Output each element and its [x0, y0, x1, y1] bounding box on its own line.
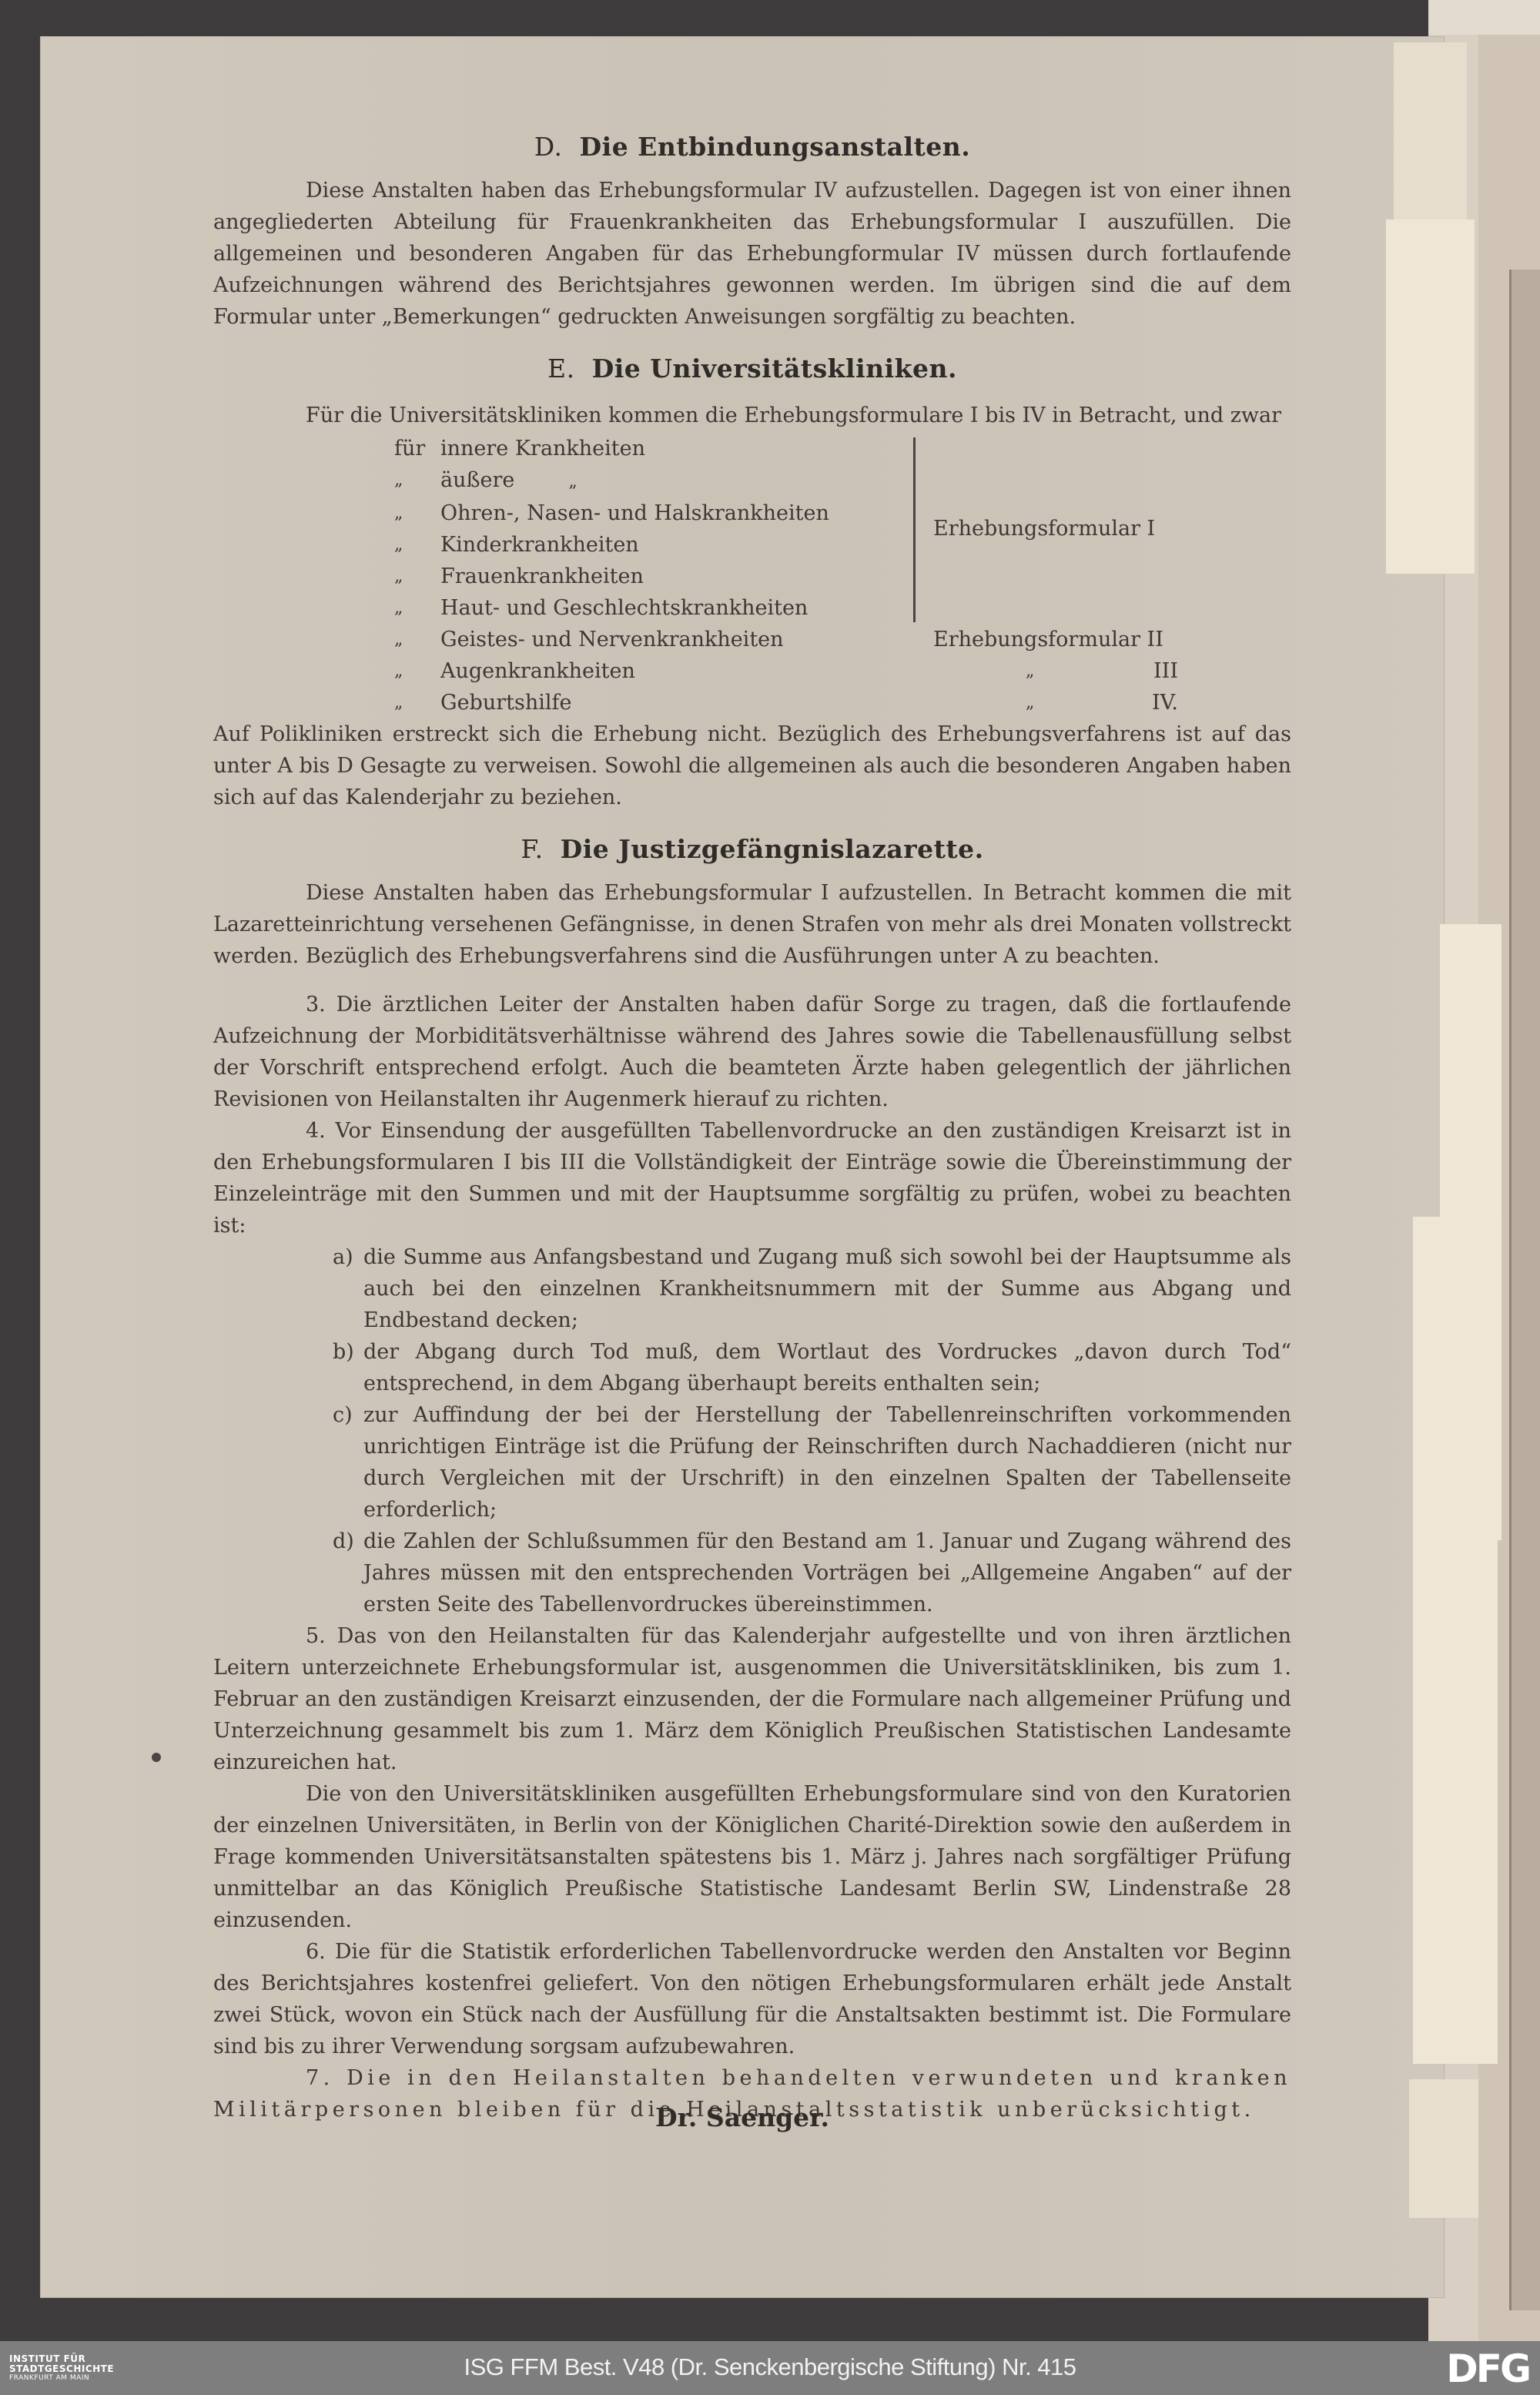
sub-item-d: d) die Zahlen der Schlußsummen für den B…	[333, 1526, 1291, 1620]
sub-item-b: b) der Abgang durch Tod muß, dem Wortlau…	[333, 1336, 1291, 1399]
clinic-type: Geburtshilfe	[440, 687, 902, 718]
clinic-type: Kinderkrankheiten	[440, 529, 902, 561]
section-title: Die Entbindungsanstalten.	[580, 132, 971, 162]
formular-label: Erhebungsformular II	[933, 624, 1195, 655]
paper-tape-strip	[1394, 42, 1467, 219]
clinic-type: Haut- und Geschlechtskrankheiten	[440, 592, 902, 624]
section-f-heading: F.Die Justizgefängnislazarette.	[213, 833, 1291, 865]
clinic-type: Augenkrankheiten	[440, 655, 902, 687]
paper-tape-strip	[1386, 219, 1475, 574]
formular-group: Erhebungsformular I	[933, 433, 1195, 624]
row-prefix: für	[394, 433, 440, 464]
clinic-type: Geistes- und Nervenkrankheiten	[440, 624, 902, 655]
section-title: Die Justizgefängnislazarette.	[561, 834, 984, 864]
sub-item-mark: b)	[333, 1336, 363, 1399]
section-e-heading: E.Die Universitätskliniken.	[213, 353, 1291, 384]
paper-tape-strip	[1413, 1217, 1498, 2064]
punch-hole-mark	[152, 1753, 161, 1762]
document-body: D.Die Entbindungsanstalten. Diese Anstal…	[213, 131, 1291, 2125]
section-f-text: Diese Anstalten haben das Erhebungsformu…	[213, 877, 1291, 972]
brace-icon	[913, 437, 916, 622]
row-prefix: „	[394, 687, 440, 718]
sub-item-mark: c)	[333, 1399, 363, 1526]
item-4-intro: 4. Vor Einsendung der ausgefüllten Tabel…	[213, 1115, 1291, 1241]
sub-item-a: a) die Summe aus Anfangsbestand und Zuga…	[333, 1241, 1291, 1336]
sub-item-mark: a)	[333, 1241, 363, 1336]
item-6: 6. Die für die Statistik erforderlichen …	[213, 1936, 1291, 2062]
item-3: 3. Die ärztlichen Leiter der Anstalten h…	[213, 989, 1291, 1115]
formular-label: Erhebungsformular I	[933, 513, 1155, 544]
section-letter: D.	[534, 132, 563, 162]
row-prefix: „	[394, 624, 440, 655]
section-letter: F.	[521, 834, 543, 864]
section-title: Die Universitätskliniken.	[592, 353, 957, 384]
row-prefix: „	[394, 561, 440, 592]
clinic-type: Ohren-, Nasen- und Halskrankheiten	[440, 497, 902, 529]
clinic-type: innere Krankheiten	[440, 433, 902, 464]
underlying-pages-shadow	[1509, 270, 1540, 2310]
row-prefix: „	[394, 655, 440, 687]
item-4-sublist: a) die Summe aus Anfangsbestand und Zuga…	[333, 1241, 1291, 1620]
formular-ditto: „ IV.	[933, 687, 1178, 718]
section-letter: E.	[547, 353, 575, 384]
item-5: 5. Das von den Heilanstalten für das Kal…	[213, 1620, 1291, 1778]
clinic-type: äußere„	[440, 464, 902, 497]
section-e-intro: Für die Universitätskliniken kommen die …	[213, 400, 1291, 431]
sub-item-text: die Zahlen der Schlußsummen für den Best…	[363, 1526, 1291, 1620]
archive-reference: ISG FFM Best. V48 (Dr. Senckenbergische …	[0, 2353, 1540, 2381]
clinic-formular-table: für innere Krankheiten Erhebungsformular…	[394, 433, 1291, 718]
sub-item-c: c) zur Auffindung der bei der Herstellun…	[333, 1399, 1291, 1526]
row-prefix: „	[394, 464, 440, 497]
sub-item-text: der Abgang durch Tod muß, dem Wortlaut d…	[363, 1336, 1291, 1399]
underlying-pages-top	[1428, 0, 1540, 35]
clinic-type: Frauenkrankheiten	[440, 561, 902, 592]
row-prefix: „	[394, 592, 440, 624]
sub-item-text: zur Auffindung der bei der Herstellung d…	[363, 1399, 1291, 1526]
item-5-universities: Die von den Universitätskliniken ausgefü…	[213, 1778, 1291, 1936]
archive-footer: INSTITUT FÜR STADTGESCHICHTE FRANKFURT A…	[0, 2341, 1540, 2395]
signature: Dr. Saenger.	[41, 2102, 1444, 2132]
sub-item-mark: d)	[333, 1526, 363, 1620]
formular-ditto: „ III	[933, 655, 1178, 687]
dfg-logo: DFG	[1446, 2349, 1529, 2389]
section-d-text: Diese Anstalten haben das Erhebungsformu…	[213, 175, 1291, 333]
section-d-heading: D.Die Entbindungsanstalten.	[213, 131, 1291, 162]
paper-tape-strip	[1409, 2079, 1478, 2218]
sub-item-text: die Summe aus Anfangsbestand und Zugang …	[363, 1241, 1291, 1336]
brace-group	[902, 433, 933, 624]
row-prefix: „	[394, 529, 440, 561]
row-prefix: „	[394, 497, 440, 529]
section-e-closing: Auf Polikliniken erstreckt sich die Erhe…	[213, 718, 1291, 813]
